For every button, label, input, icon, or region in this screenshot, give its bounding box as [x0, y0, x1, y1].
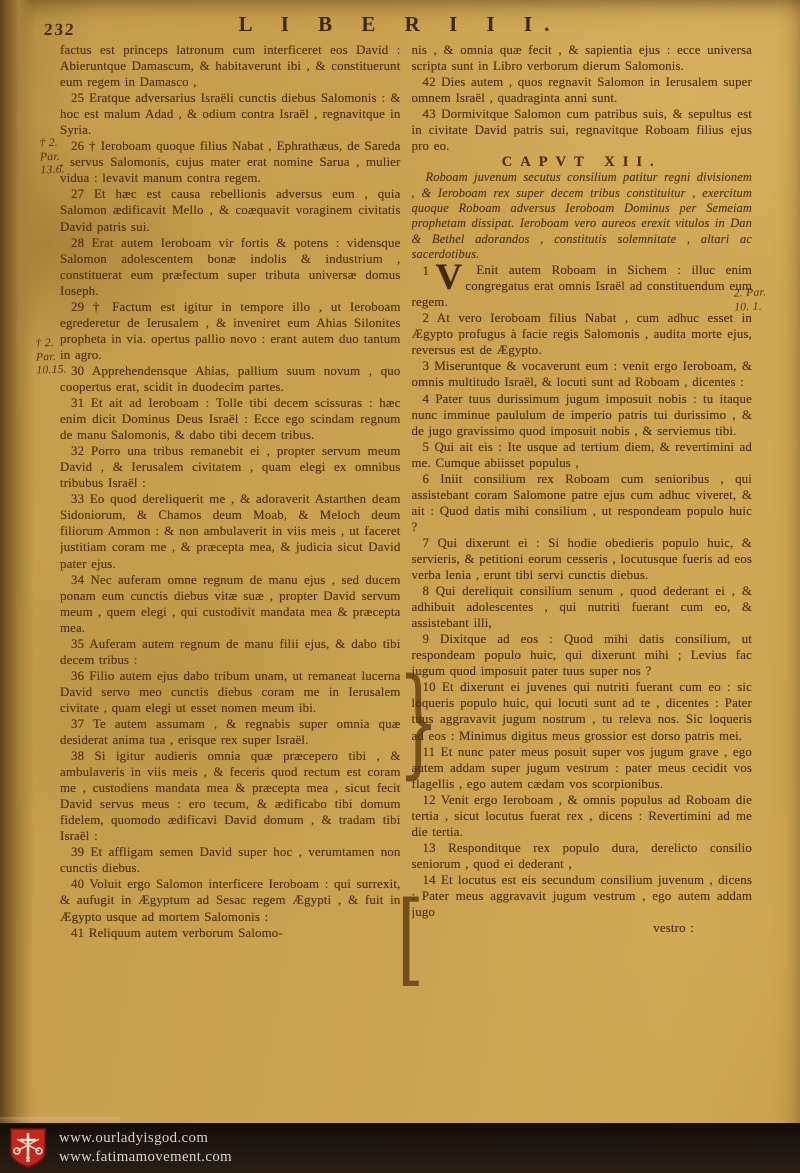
verse-paragraph: 11 Et nunc pater meus posuit super vos j…	[412, 744, 753, 792]
verse-paragraph: 35 Auferam autem regnum de manu filii ej…	[60, 636, 401, 668]
verse-paragraph: 28 Erat autem Ieroboam vir fortis & pote…	[60, 235, 401, 299]
verse-paragraph: 37 Te autem assumam , & regnabis super o…	[60, 716, 401, 748]
verse-1-text: Enit autem Roboam in Sichem : illuc enim…	[412, 263, 753, 309]
verse-paragraph: 41 Reliquum autem verborum Salomo-	[60, 925, 401, 941]
verse-paragraph: 3 Miseruntque & vocaverunt eum : venit e…	[412, 358, 753, 390]
watermark-url[interactable]: www.ourladyisgod.com	[59, 1129, 232, 1148]
verse-paragraph: 10 Et dixerunt ei juvenes qui nutriti fu…	[412, 679, 753, 743]
verse-paragraph: 4 Pater tuus durissimum jugum imposuit n…	[412, 391, 753, 439]
verse-paragraph: 8 Qui dereliquit consilium senum , quod …	[412, 583, 753, 631]
right-column-verses: 2 At vero Ieroboam filius Nabat , cum ad…	[412, 310, 753, 920]
verse-1-number: 1	[412, 263, 430, 279]
watermark-url[interactable]: www.fatimamovement.com	[59, 1148, 232, 1167]
verse-paragraph: 38 Si igitur audieris omnia quæ præceper…	[60, 748, 401, 844]
right-column-top: nis , & omnia quæ fecit , & sapientia ej…	[412, 42, 753, 154]
verse-paragraph: 5 Qui ait eis : Ite usque ad tertium die…	[412, 439, 753, 471]
verse-paragraph: 12 Venit ergo Ieroboam , & omnis populus…	[412, 792, 753, 840]
right-column: nis , & omnia quæ fecit , & sapientia ej…	[412, 42, 753, 1110]
chapter-heading: CAPVT XII.	[412, 154, 753, 170]
verse-paragraph: 40 Voluit ergo Salomon interficere Ierob…	[60, 876, 401, 924]
scanned-book-page: 232 L I B E R I I I. † 2.Par.13.6. † 2.P…	[0, 0, 800, 1173]
verse-paragraph: 6 Iniit consilium rex Roboam cum seniori…	[412, 471, 753, 535]
verse-paragraph: 33 Eo quod dereliquerit me , & adoraveri…	[60, 491, 401, 571]
verse-paragraph: 13 Responditque rex populo dura, derelic…	[412, 840, 753, 872]
verse-paragraph: 7 Qui dixerunt ei : Si hodie obedieris p…	[412, 535, 753, 583]
verse-1-paragraph: V 1 Enit autem Roboam in Sichem : illuc …	[412, 262, 753, 310]
chapter-argument: Roboam juvenum secutus consilium patitur…	[412, 170, 753, 262]
verse-paragraph: 26 † Ieroboam quoque filius Nabat , Ephr…	[60, 138, 401, 186]
watermark-urls: www.ourladyisgod.comwww.fatimamovement.c…	[59, 1129, 232, 1167]
verse-paragraph: nis , & omnia quæ fecit , & sapientia ej…	[412, 42, 753, 74]
left-column: factus est princeps latronum cum interfi…	[60, 42, 401, 1110]
verse-paragraph: 43 Dormivitque Salomon cum patribus suis…	[412, 106, 753, 154]
book-binding-edge	[0, 0, 34, 1173]
verse-paragraph: 34 Nec auferam omne regnum de manu ejus …	[60, 572, 401, 636]
verse-paragraph: 39 Et affligam semen David super hoc , v…	[60, 844, 401, 876]
watermark-bar: www.ourladyisgod.comwww.fatimamovement.c…	[0, 1123, 800, 1173]
verse-paragraph: 32 Porro una tribus remanebit ei , propt…	[60, 443, 401, 491]
text-columns: factus est princeps latronum cum interfi…	[60, 42, 752, 1110]
running-head-title: L I B E R I I I.	[0, 12, 800, 37]
verse-paragraph: 25 Eratque adversarius Israëli cunctis d…	[60, 90, 401, 138]
verse-paragraph: 36 Filio autem ejus dabo tribum unam, ut…	[60, 668, 401, 716]
verse-paragraph: 2 At vero Ieroboam filius Nabat , cum ad…	[412, 310, 753, 358]
drop-cap-initial: V	[425, 263, 463, 292]
page-last-line: vestro :	[412, 920, 753, 936]
verse-paragraph: 27 Et hæc est causa rebellionis adversus…	[60, 186, 401, 234]
verse-paragraph: 29 † Factum est igitur in tempore illo ,…	[60, 299, 401, 363]
verse-paragraph: 31 Et ait ad Ieroboam : Tolle tibi decem…	[60, 395, 401, 443]
shield-cross-keys-icon	[9, 1127, 47, 1169]
verse-paragraph: 14 Et locutus est eis secundum consilium…	[412, 872, 753, 920]
verse-paragraph: 30 Apprehendensque Ahias, pallium suum n…	[60, 363, 401, 395]
verse-paragraph: factus est princeps latronum cum interfi…	[60, 42, 401, 90]
verse-paragraph: 9 Dixitque ad eos : Quod mihi datis cons…	[412, 631, 753, 679]
verse-paragraph: 42 Dies autem , quos regnavit Salomon in…	[412, 74, 753, 106]
